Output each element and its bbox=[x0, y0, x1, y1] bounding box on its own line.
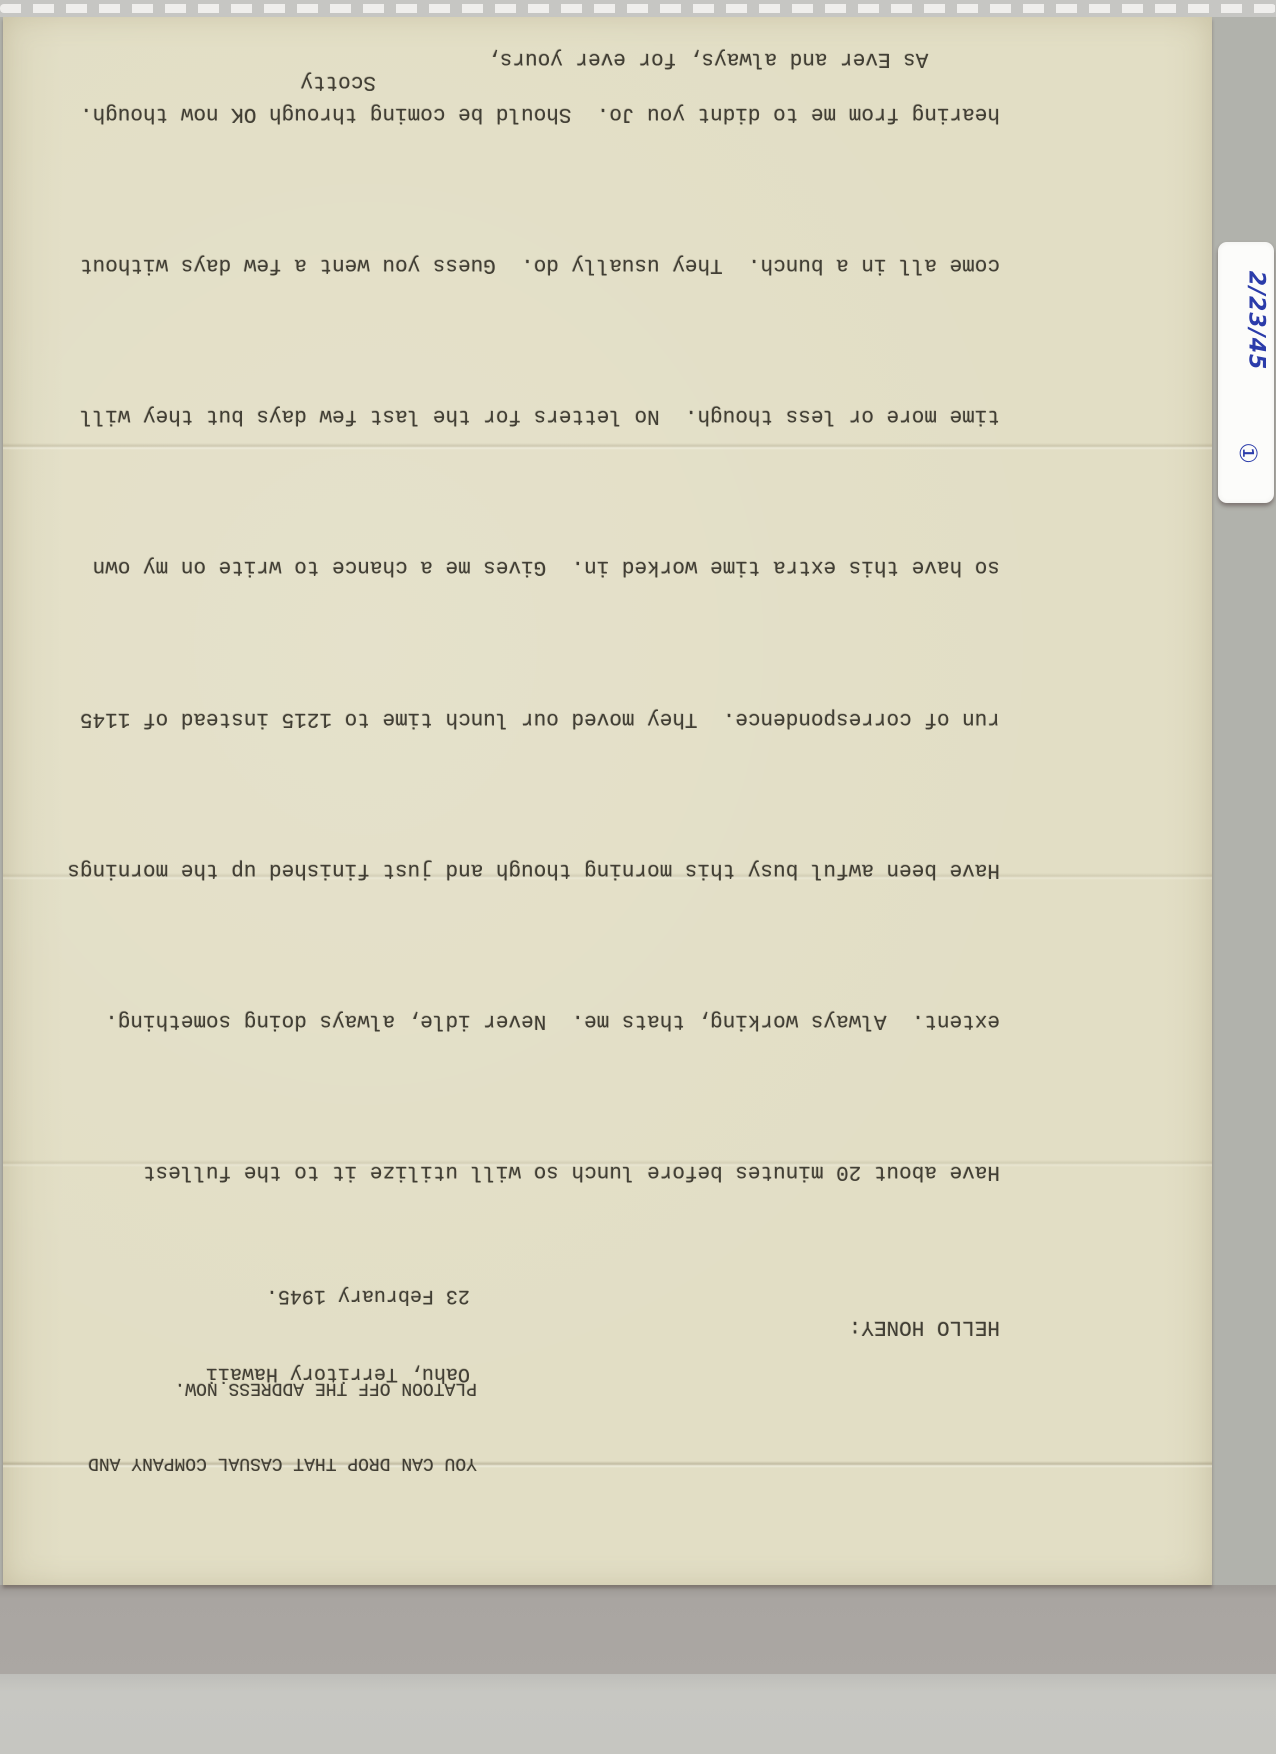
signature: Scotty bbox=[300, 70, 376, 93]
letter-body-line: extent. Always working, thats me. Never … bbox=[42, 995, 1000, 1045]
letter-body-line: run of correspondence. They moved our lu… bbox=[42, 692, 1000, 742]
dateline-place: Oahu, Territory Hawaii bbox=[206, 1360, 470, 1386]
tab-date-text: 2/23/45 bbox=[1244, 270, 1269, 370]
letter-body-line: so have this extra time worked in. Gives… bbox=[42, 541, 1000, 591]
tab-date-note: 2/23/45 bbox=[1228, 260, 1276, 380]
closing-block: As Ever and always, for ever yours, Scot… bbox=[104, 1, 1004, 93]
tab-page-number-circled: ① bbox=[1234, 442, 1262, 464]
letter-body-line: Have about 20 minutes before lunch so wi… bbox=[42, 1146, 1000, 1196]
letter-body-line: hearing from me to didnt you Jo. Should … bbox=[42, 87, 1000, 137]
address-change-note-line: YOU CAN DROP THAT CASUAL COMPANY AND bbox=[88, 1450, 477, 1475]
tab-page-marker: ① bbox=[1220, 428, 1276, 478]
letter-page: YOU CAN DROP THAT CASUAL COMPANY AND PLA… bbox=[3, 17, 1212, 1585]
background-light-band bbox=[0, 1674, 1276, 1754]
archival-tab: 2/23/45 ① bbox=[1218, 242, 1274, 503]
letter-body: Have about 20 minutes before lunch so wi… bbox=[42, 0, 1000, 1297]
letter-body-line: come all in a bunch. They usually do. Gu… bbox=[42, 238, 1000, 288]
letter-content-rotated-180: YOU CAN DROP THAT CASUAL COMPANY AND PLA… bbox=[3, 17, 1212, 1585]
letter-body-line: time more or less though. No letters for… bbox=[42, 390, 1000, 440]
letter-body-line: Have been awful busy this morning though… bbox=[42, 843, 1000, 893]
closing-phrase: As Ever and always, for ever yours, bbox=[487, 47, 928, 70]
scanned-letter-page: { "archive_tab": { "date_note": "2/23/45… bbox=[0, 0, 1276, 1754]
background-dark-band bbox=[0, 1585, 1276, 1674]
salutation: HELLO HONEY: bbox=[849, 1315, 1000, 1338]
